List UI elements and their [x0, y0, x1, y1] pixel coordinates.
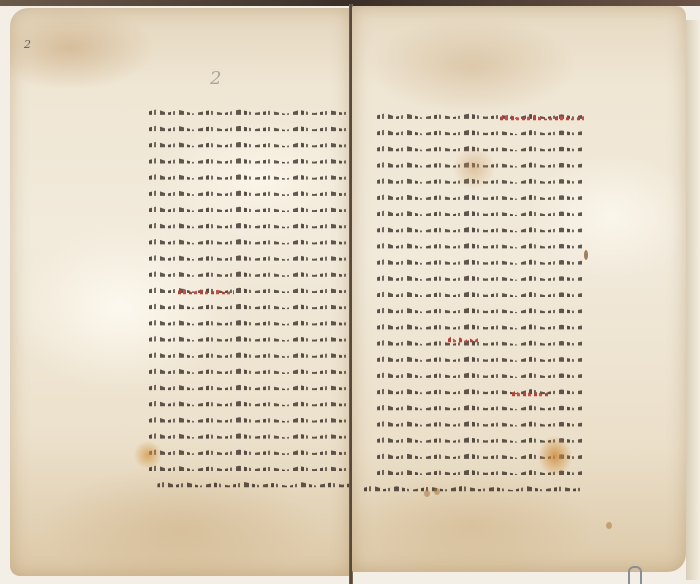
- handwritten-text: [149, 319, 350, 326]
- manuscript-line: [364, 318, 582, 334]
- handwritten-text: [149, 465, 350, 472]
- handwritten-text: [149, 368, 350, 375]
- handwritten-text: [149, 351, 350, 358]
- handwritten-text: [149, 416, 350, 423]
- left-page: 2 2: [10, 8, 350, 576]
- manuscript-line: [136, 201, 350, 217]
- handwritten-text: [149, 303, 350, 310]
- handwritten-text: [149, 335, 350, 342]
- handwritten-text: [364, 485, 582, 492]
- manuscript-line: [136, 282, 350, 298]
- manuscript-line: [364, 480, 582, 496]
- handwritten-text: [377, 194, 582, 201]
- manuscript-line: [136, 395, 350, 411]
- page-stack-edge: [686, 20, 700, 580]
- handwritten-text: [149, 238, 350, 245]
- handwritten-text: [149, 222, 350, 229]
- manuscript-line: [136, 234, 350, 250]
- manuscript-line: [136, 136, 350, 152]
- manuscript-line: [136, 185, 350, 201]
- manuscript-line: [136, 217, 350, 233]
- handwritten-text: [377, 355, 582, 362]
- handwritten-text: [377, 339, 582, 346]
- manuscript-line: [136, 314, 350, 330]
- foxing-spot: [424, 490, 430, 497]
- manuscript-line: [364, 383, 582, 399]
- handwritten-text: [377, 291, 582, 298]
- handwritten-text: [149, 400, 350, 407]
- manuscript-line: [136, 104, 350, 120]
- manuscript-line: [364, 367, 582, 383]
- manuscript-line: [364, 399, 582, 415]
- manuscript-line: [364, 124, 582, 140]
- bookmark-ribbon: [628, 566, 642, 584]
- manuscript-line: [364, 286, 582, 302]
- handwritten-text: [157, 481, 350, 488]
- handwritten-text: [149, 270, 350, 277]
- manuscript-line: [136, 379, 350, 395]
- ink-stain: [538, 436, 572, 476]
- handwritten-text: [377, 404, 582, 411]
- handwritten-text: [149, 157, 350, 164]
- handwritten-text: [149, 125, 350, 132]
- manuscript-line: [136, 169, 350, 185]
- handwritten-text: [149, 141, 350, 148]
- manuscript-line: [364, 108, 582, 124]
- manuscript-line: [136, 363, 350, 379]
- manuscript-line: [364, 238, 582, 254]
- pencil-mark: 2: [210, 68, 221, 89]
- handwritten-text: [377, 129, 582, 136]
- manuscript-line: [364, 221, 582, 237]
- water-stain: [452, 146, 496, 190]
- handwritten-text: [149, 432, 350, 439]
- manuscript-line: [136, 347, 350, 363]
- manuscript-line: [364, 189, 582, 205]
- handwritten-text: [377, 226, 582, 233]
- handwritten-text: [377, 274, 582, 281]
- manuscript-line: [364, 254, 582, 270]
- manuscript-line: [136, 266, 350, 282]
- manuscript-line: [136, 153, 350, 169]
- manuscript-line: [364, 205, 582, 221]
- page-number: 2: [24, 38, 31, 51]
- manuscript-line: [136, 120, 350, 136]
- foxing-spot: [606, 522, 612, 529]
- manuscript-line: [364, 351, 582, 367]
- handwritten-text: [149, 384, 350, 391]
- right-page: [352, 6, 686, 572]
- manuscript-line: [364, 335, 582, 351]
- manuscript-line: [136, 460, 350, 476]
- manuscript-line: [136, 250, 350, 266]
- handwritten-text: [377, 210, 582, 217]
- manuscript-line: [136, 412, 350, 428]
- foxing-spot: [434, 488, 440, 495]
- ink-stain: [134, 440, 162, 470]
- left-text-block: [136, 104, 350, 493]
- handwritten-text: [377, 307, 582, 314]
- handwritten-text: [149, 254, 350, 261]
- handwritten-text: [149, 449, 350, 456]
- handwritten-text: [377, 420, 582, 427]
- handwritten-text: [377, 323, 582, 330]
- handwritten-text: [377, 372, 582, 379]
- handwritten-text: [149, 206, 350, 213]
- handwritten-text: [377, 242, 582, 249]
- handwritten-text: [377, 388, 582, 395]
- manuscript-line: [364, 270, 582, 286]
- manuscript-line: [136, 331, 350, 347]
- foxing-spot: [584, 250, 588, 260]
- manuscript-line: [136, 476, 350, 492]
- manuscript-line: [136, 444, 350, 460]
- handwritten-text: [377, 258, 582, 265]
- manuscript-line: [136, 298, 350, 314]
- handwritten-text: [149, 173, 350, 180]
- handwritten-text: [149, 109, 350, 116]
- manuscript-line: [364, 302, 582, 318]
- manuscript-line: [364, 416, 582, 432]
- manuscript-line: [136, 428, 350, 444]
- handwritten-text: [149, 190, 350, 197]
